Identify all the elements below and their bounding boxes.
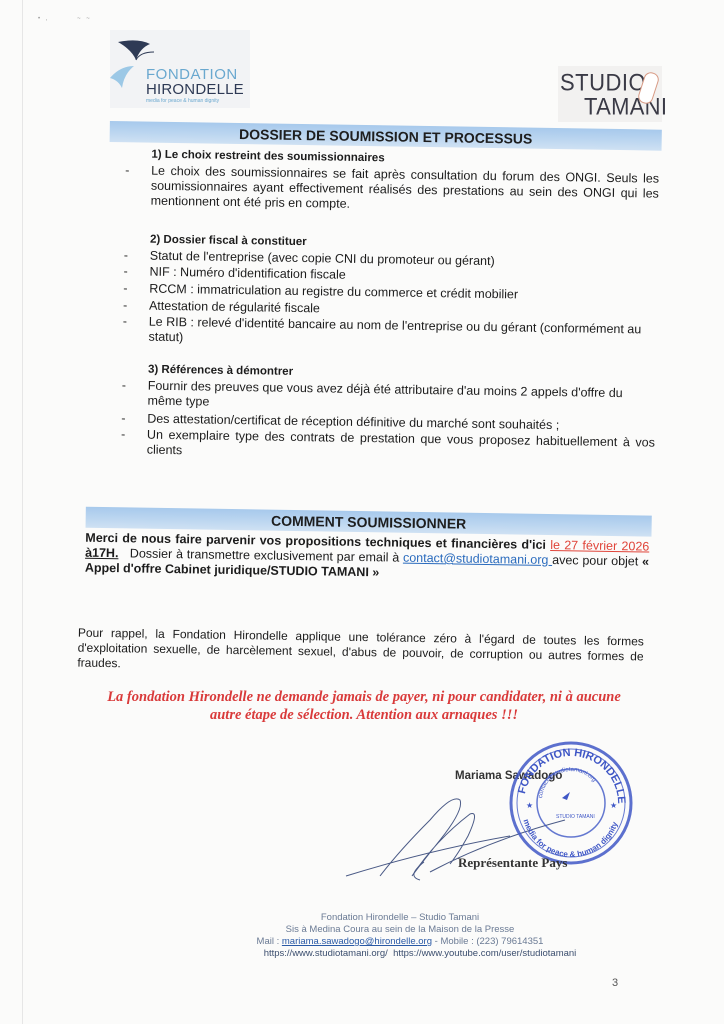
avec-text: avec [552,553,579,567]
bullet-dash: - [122,378,126,393]
bullet-dash: - [125,163,129,178]
footer-links: https://www.studiotamani.org/ https://ww… [150,948,650,960]
scam-warning: La fondation Hirondelle ne demande jamai… [92,688,636,724]
list-item: - Le choix des soumissionnaires se fait … [125,163,660,216]
bullet-dash: - [123,298,127,313]
bullet-dash: - [121,427,125,442]
subheading-1: 1) Le choix restreint des soumissionnair… [151,149,384,165]
submission-instructions: Merci de nous faire parvenir vos proposi… [85,531,650,585]
list-item: - Fournir des preuves que vous avez déjà… [121,378,655,416]
signer-role: Représentante Pays [458,855,567,871]
bullet-dash: - [123,264,127,279]
bullet-dash: - [123,281,127,296]
deadline-time: à17H. [85,546,119,561]
footer-email-link[interactable]: mariama.sawadogo@hirondelle.org [282,936,432,947]
svg-text:★: ★ [610,801,617,810]
footer-address: Sis à Medina Coura au sein de la Maison … [150,924,650,936]
deadline-date: le 27 février 2026 [550,538,649,554]
mail-label: Mail : [257,936,282,947]
youtube-link[interactable]: https://www.youtube.com/user/studiotaman… [393,948,576,959]
bullet-dash: - [124,248,128,263]
list-item-text: Fournir des preuves que vous avez déjà é… [147,379,655,417]
footer: Fondation Hirondelle – Studio Tamani Sis… [150,912,650,960]
svg-text:STUDIO TAMANI: STUDIO TAMANI [556,814,595,820]
footer-contact: Mail : mariama.sawadogo@hirondelle.org -… [150,936,650,948]
section-title-dossier: DOSSIER DE SOUMISSION ET PROCESSUS [110,121,662,151]
paragraph-choix: Le choix des soumissionnaires se fait ap… [151,164,660,217]
page-number: 3 [612,977,618,989]
mobile-number: - Mobile : (223) 79614351 [432,936,543,947]
svg-text:★: ★ [526,801,533,810]
bullet-dash: - [123,314,127,329]
footer-org: Fondation Hirondelle – Studio Tamani [150,912,650,924]
object-prefix: pour objet [582,554,642,569]
contact-email-link[interactable]: contact@studiotamani.org [403,551,552,567]
official-stamp-icon: FONDATION HIRONDELLE media for peace & h… [506,738,636,868]
subheading-3: 3) Références à démontrer [148,364,293,378]
reminder-paragraph: Pour rappel, la Fondation Hirondelle app… [77,626,644,680]
subheading-2: 2) Dossier fiscal à constituer [150,234,307,248]
bullet-dash: - [121,411,125,426]
website-link[interactable]: https://www.studiotamani.org/ [264,948,388,959]
svg-text:contact@studiotamani.org: contact@studiotamani.org [538,767,597,798]
